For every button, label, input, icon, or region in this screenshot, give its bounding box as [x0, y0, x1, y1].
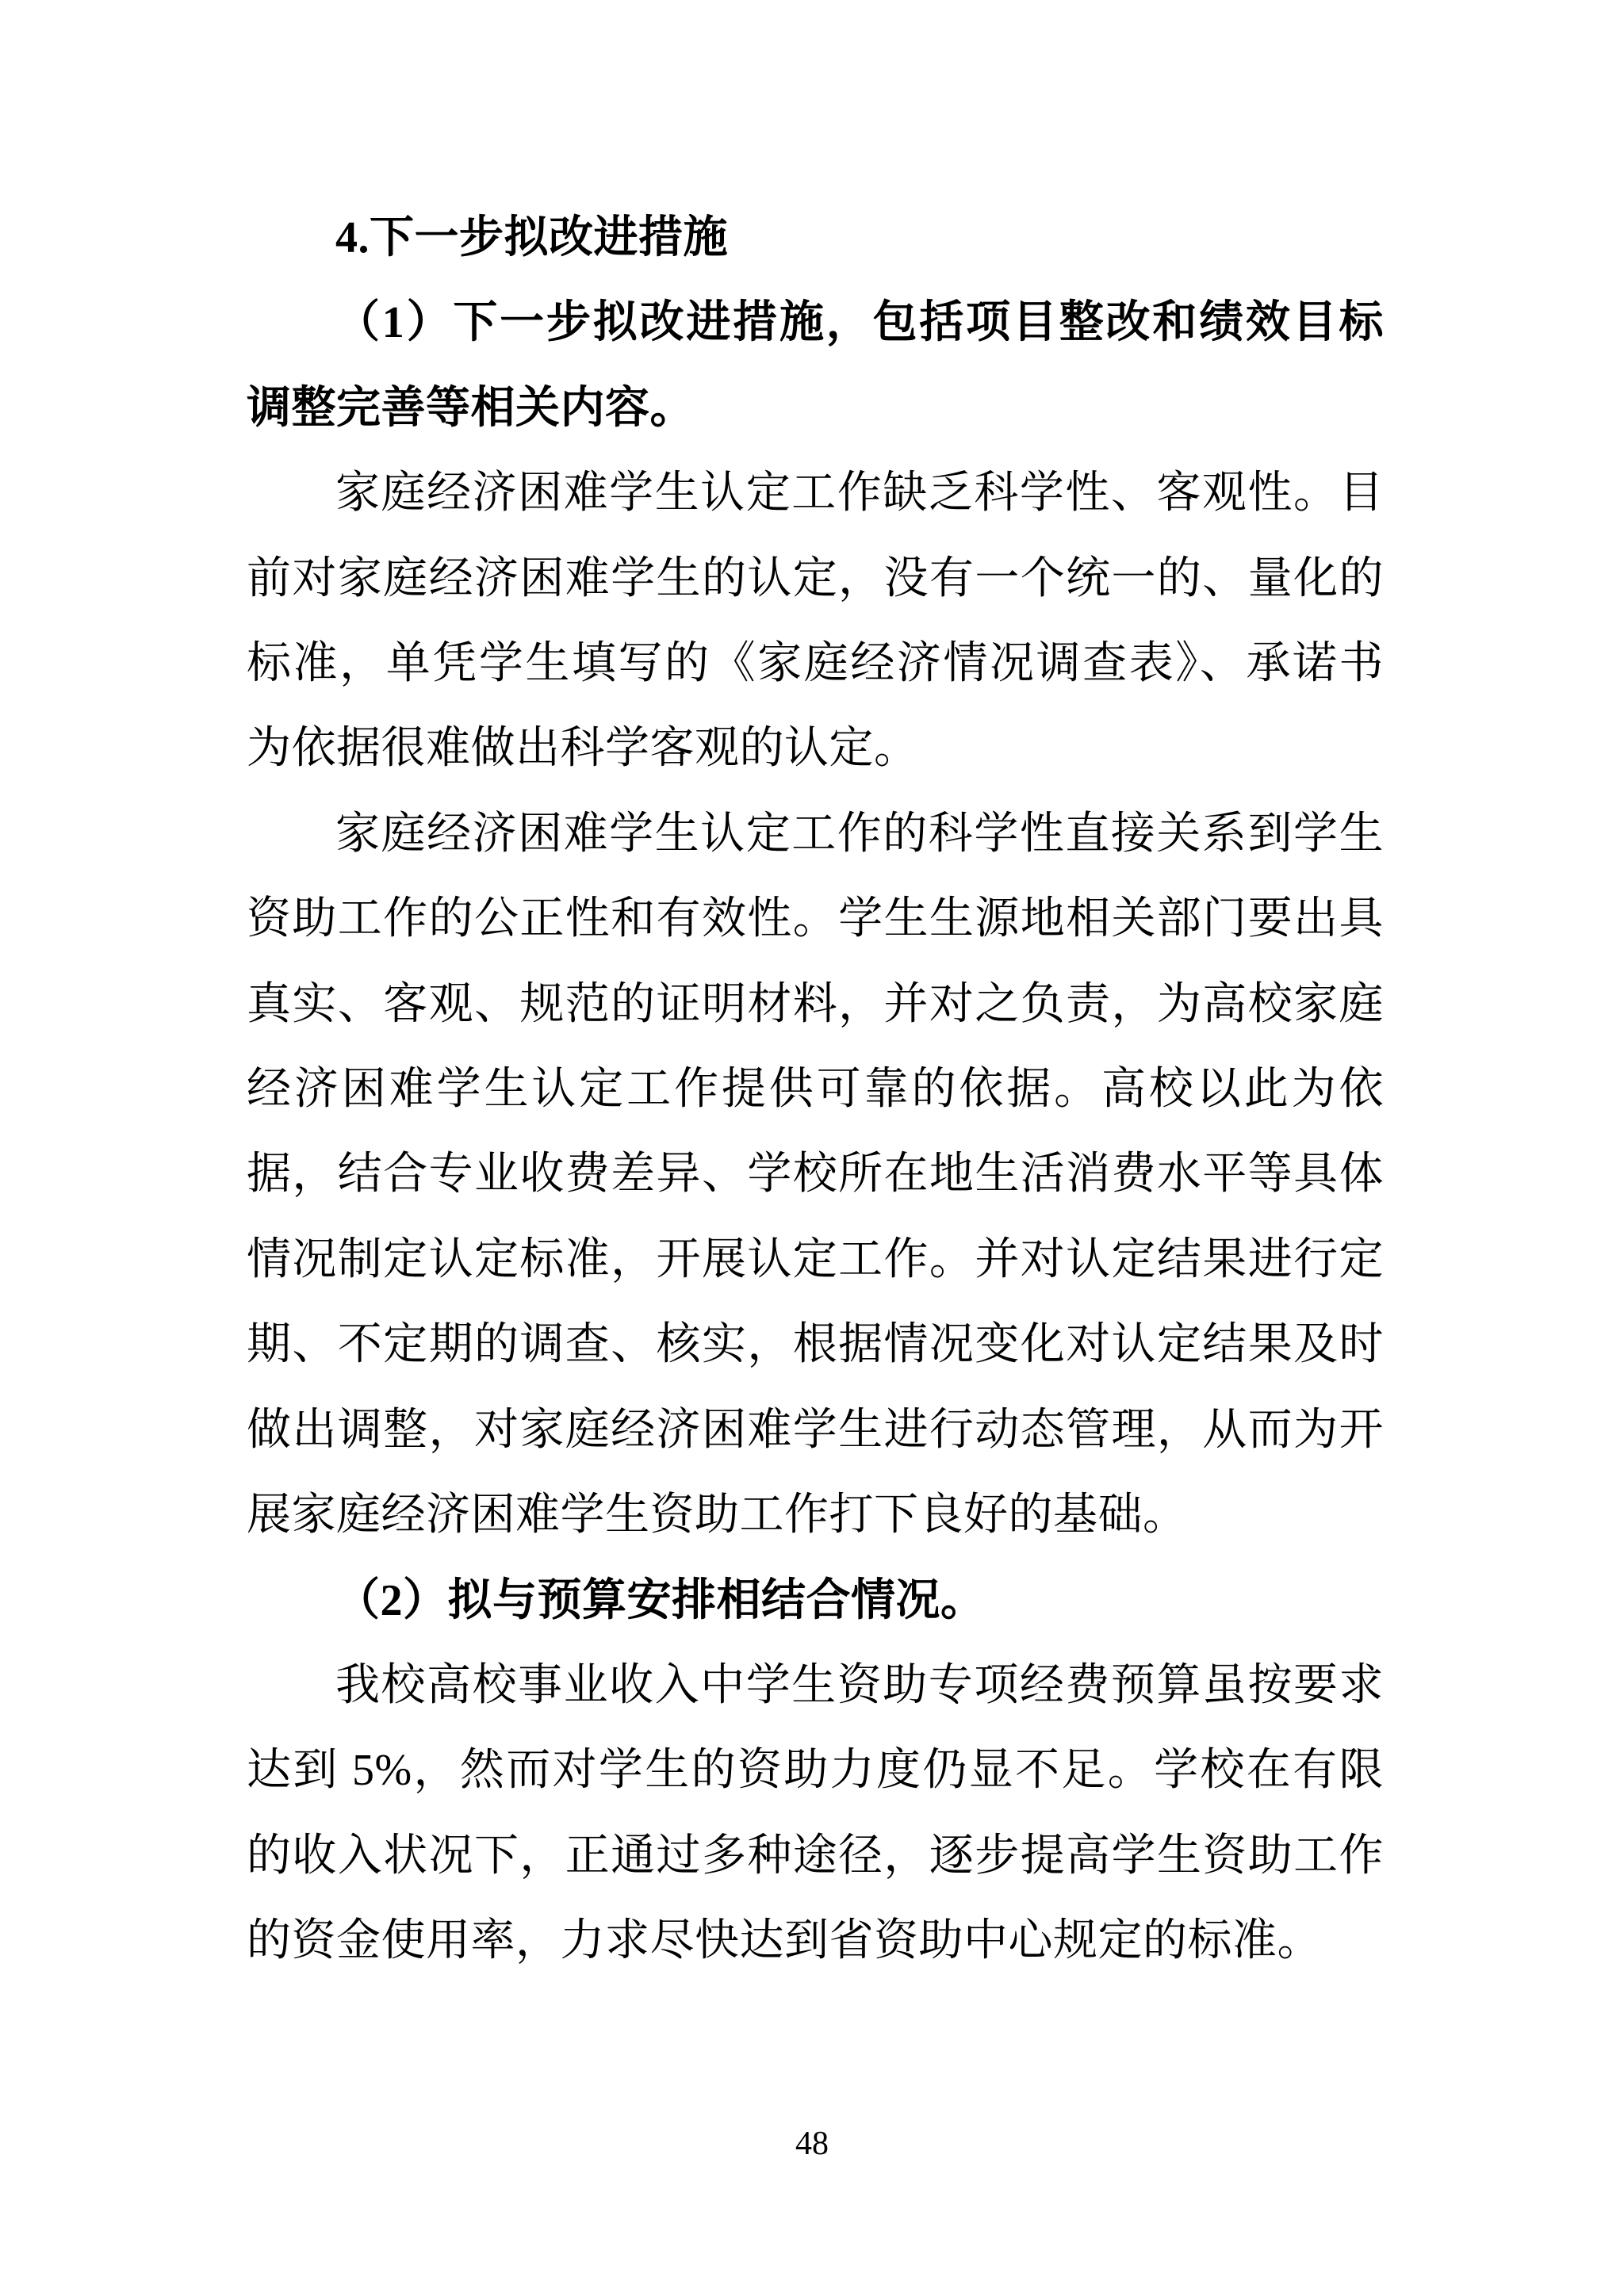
section-heading-4: 4.下一步拟改进措施 [247, 196, 1384, 281]
body-paragraph-3: 我校高校事业收入中学生资助专项经费预算虽按要求达到 5%，然而对学生的资助力度仍… [247, 1644, 1384, 1984]
document-page: 4.下一步拟改进措施 （1）下一步拟改进措施，包括项目整改和绩效目标调整完善等相… [0, 0, 1624, 2296]
subheading-1-paragraph: （1）下一步拟改进措施，包括项目整改和绩效目标调整完善等相关内容。 [247, 281, 1384, 451]
subheading-2-paragraph: （2）拟与预算安排相结合情况。 [247, 1559, 1384, 1644]
document-body: 4.下一步拟改进措施 （1）下一步拟改进措施，包括项目整改和绩效目标调整完善等相… [247, 196, 1384, 1984]
body-paragraph-2: 家庭经济困难学生认定工作的科学性直接关系到学生资助工作的公正性和有效性。学生生源… [247, 792, 1384, 1559]
page-number: 48 [0, 2127, 1624, 2160]
body-paragraph-1: 家庭经济困难学生认定工作缺乏科学性、客观性。目前对家庭经济困难学生的认定，没有一… [247, 451, 1384, 792]
